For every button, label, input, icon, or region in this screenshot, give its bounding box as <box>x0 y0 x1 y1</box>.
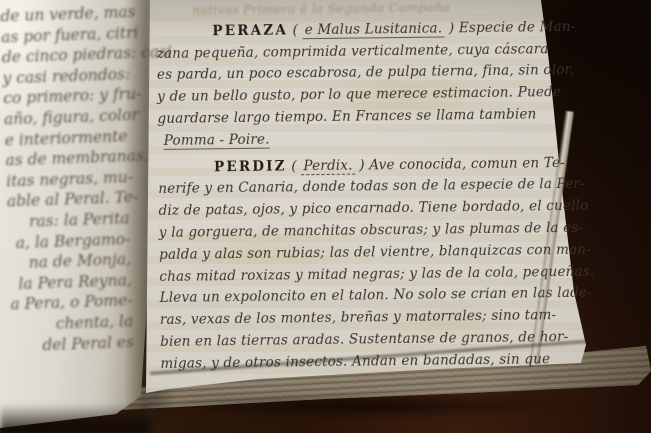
left-page-text: de un verde, mas as por fuera, citri de … <box>0 2 142 356</box>
paren-open: ( <box>291 158 297 174</box>
paren-open: ( <box>292 22 298 38</box>
entry-term-perdiz: PERDIZ <box>214 158 287 175</box>
entry-perdiz: PERDIZ ( Perdix. ) Ave conocida, comun e… <box>158 153 569 376</box>
paren-close: ) <box>449 20 455 36</box>
manuscript-photo: de un verde, mas as por fuera, citri de … <box>0 0 651 433</box>
synonym-line: Pomma - Poire. <box>158 126 566 153</box>
bottom-left-shadow <box>0 404 150 433</box>
paren-close: ) <box>359 157 365 173</box>
entry-lead-text: Especie de Man- <box>459 19 576 36</box>
entry-term-peraza: PERAZA <box>212 22 288 39</box>
latin-name-peraza: e Malus Lusitanica. <box>303 20 445 39</box>
left-page-line: del Peral es <box>12 332 135 357</box>
synonym-text: Pomma - Poire. <box>164 131 270 149</box>
right-page-text: nativas Primera á la Segunda Campaña PER… <box>156 0 569 376</box>
entry-lead-text: Ave conocida, comun en Te- <box>369 155 565 173</box>
latin-name-perdix: Perdix. <box>301 157 354 175</box>
book-shadow <box>100 398 640 424</box>
